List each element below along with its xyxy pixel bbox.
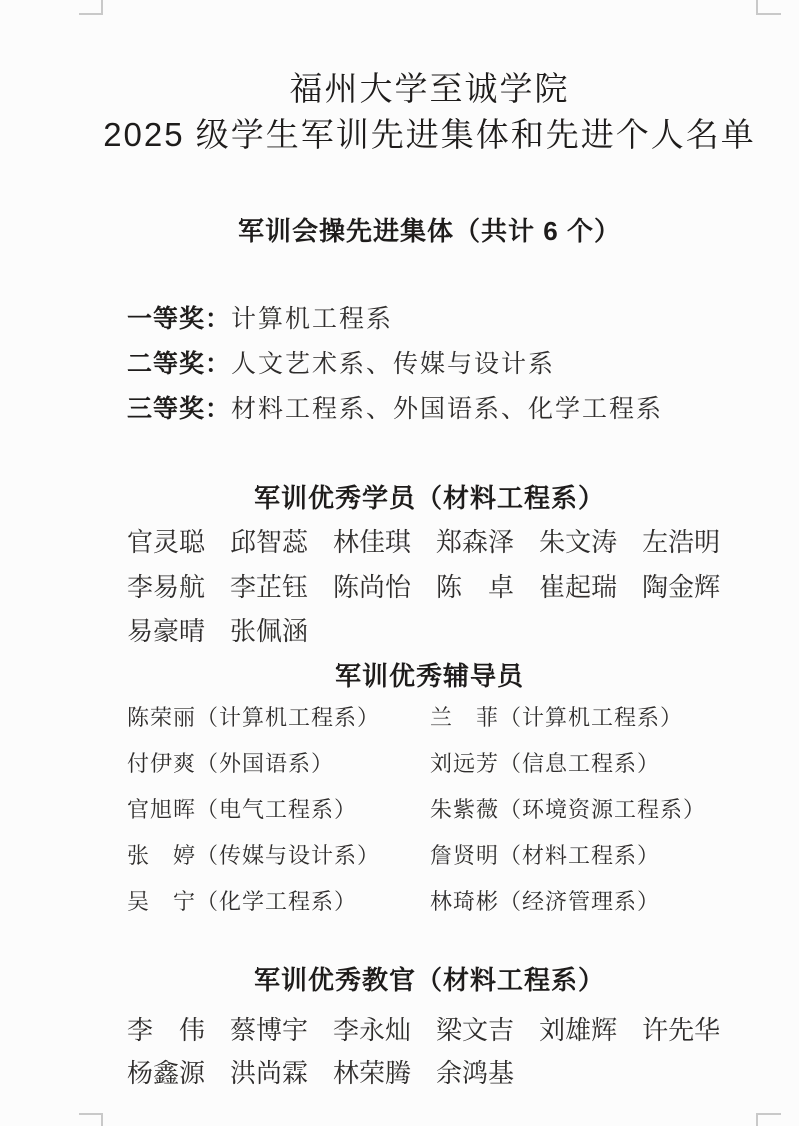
section-heading-outstanding-counselors: 军训优秀辅导员: [103, 659, 756, 693]
instructor-name: 梁文吉: [436, 1015, 514, 1047]
counselor-entry: 林琦彬（经济管理系）: [430, 887, 660, 917]
instructor-name: 林荣腾: [333, 1058, 411, 1090]
student-name: 陶金辉: [642, 572, 720, 604]
instructor-name: 洪尚霖: [230, 1058, 308, 1090]
text-boundary-corner-mark-bottom-right: [756, 1113, 781, 1126]
instructor-name: 蔡博宇: [230, 1015, 308, 1047]
counselor-row: 吴 宁（化学工程系） 林琦彬（经济管理系）: [103, 887, 756, 917]
counselor-entry: 吴 宁（化学工程系）: [127, 887, 357, 917]
student-name: 郑森泽: [436, 527, 514, 559]
award-value: 计算机工程系: [231, 306, 393, 333]
award-row-third-prize: 三等奖：材料工程系、外国语系、化学工程系: [127, 394, 663, 425]
counselor-row: 张 婷（传媒与设计系） 詹贤明（材料工程系）: [103, 841, 756, 871]
student-name: 易豪晴: [127, 616, 205, 648]
award-value: 材料工程系、外国语系、化学工程系: [231, 396, 663, 423]
student-name: 李芷钰: [230, 572, 308, 604]
instructor-name: 许先华: [642, 1015, 720, 1047]
instructor-name-row: 李 伟 蔡博宇 李永灿 梁文吉 刘雄辉 许先华: [127, 1015, 720, 1047]
student-name-row: 官灵聪 邱智蕊 林佳琪 郑森泽 朱文涛 左浩明: [127, 527, 720, 559]
section-heading-outstanding-instructors: 军训优秀教官（材料工程系）: [103, 963, 756, 997]
student-name-row: 李易航 李芷钰 陈尚怡 陈 卓 崔起瑞 陶金辉: [127, 572, 720, 604]
counselor-entry: 朱紫薇（环境资源工程系）: [430, 795, 706, 825]
document-content: 福州大学至诚学院 2025 级学生军训先进集体和先进个人名单 军训会操先进集体（…: [103, 0, 756, 1126]
counselor-entry: 张 婷（传媒与设计系）: [127, 841, 380, 871]
counselor-row: 付伊爽（外国语系） 刘远芳（信息工程系）: [103, 749, 756, 779]
student-name: 陈 卓: [436, 572, 514, 604]
instructor-name-row: 杨鑫源 洪尚霖 林荣腾 余鸿基: [127, 1058, 514, 1090]
section-heading-collectives: 军训会操先进集体（共计 6 个）: [103, 214, 756, 248]
counselor-entry: 付伊爽（外国语系）: [127, 749, 334, 779]
counselor-row: 陈荣丽（计算机工程系） 兰 菲（计算机工程系）: [103, 703, 756, 733]
student-name: 左浩明: [642, 527, 720, 559]
text-boundary-corner-mark-top-right: [756, 0, 781, 15]
instructor-name: 李 伟: [127, 1015, 205, 1047]
student-name: 官灵聪: [127, 527, 205, 559]
text-boundary-corner-mark-top-left: [79, 0, 103, 15]
student-name: 张佩涵: [230, 616, 308, 648]
award-label: 二等奖：: [127, 350, 231, 378]
instructor-name: 余鸿基: [436, 1058, 514, 1090]
text-boundary-corner-mark-bottom-left: [79, 1113, 103, 1126]
document-title-line2: 2025 级学生军训先进集体和先进个人名单: [43, 114, 799, 156]
student-name: 邱智蕊: [230, 527, 308, 559]
student-name: 陈尚怡: [333, 572, 411, 604]
student-name: 崔起瑞: [539, 572, 617, 604]
instructor-name: 刘雄辉: [539, 1015, 617, 1047]
award-label: 三等奖：: [127, 395, 231, 423]
counselor-entry: 兰 菲（计算机工程系）: [430, 703, 683, 733]
award-row-second-prize: 二等奖：人文艺术系、传媒与设计系: [127, 349, 555, 380]
counselor-entry: 刘远芳（信息工程系）: [430, 749, 660, 779]
counselor-row: 官旭晖（电气工程系） 朱紫薇（环境资源工程系）: [103, 795, 756, 825]
student-name: 林佳琪: [333, 527, 411, 559]
instructor-name: 杨鑫源: [127, 1058, 205, 1090]
award-value: 人文艺术系、传媒与设计系: [231, 351, 555, 378]
award-row-first-prize: 一等奖：计算机工程系: [127, 304, 393, 335]
counselor-entry: 陈荣丽（计算机工程系）: [127, 703, 380, 733]
student-name-row: 易豪晴 张佩涵: [127, 616, 308, 648]
counselor-entry: 詹贤明（材料工程系）: [430, 841, 660, 871]
section-heading-outstanding-students: 军训优秀学员（材料工程系）: [103, 481, 756, 515]
student-name: 李易航: [127, 572, 205, 604]
instructor-name: 李永灿: [333, 1015, 411, 1047]
student-name: 朱文涛: [539, 527, 617, 559]
award-label: 一等奖：: [127, 305, 231, 333]
counselor-entry: 官旭晖（电气工程系）: [127, 795, 357, 825]
document-page: 福州大学至诚学院 2025 级学生军训先进集体和先进个人名单 军训会操先进集体（…: [0, 0, 799, 1126]
document-title-line1: 福州大学至诚学院: [103, 68, 756, 110]
